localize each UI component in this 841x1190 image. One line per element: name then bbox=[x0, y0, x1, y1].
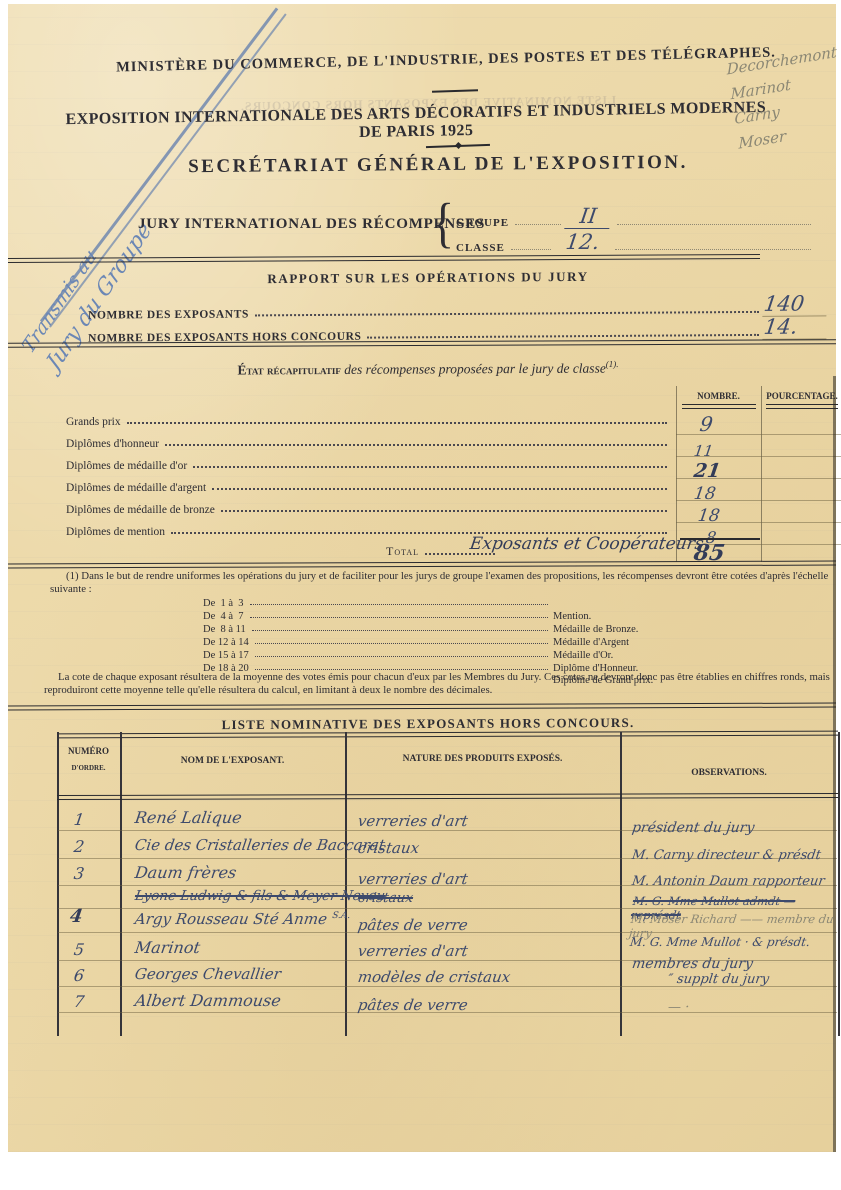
exposant-nature: cristaux bbox=[357, 839, 421, 857]
scale-range: De 15 à 17 bbox=[203, 650, 249, 661]
secretariat-title: SECRÉTARIAT GÉNÉRAL DE L'EXPOSITION. bbox=[118, 151, 758, 179]
col-header-underline bbox=[682, 404, 756, 409]
exposant-nature: modèles de cristaux bbox=[357, 968, 512, 986]
scale-label: Médaille d'Argent bbox=[553, 637, 681, 648]
etat-title-rest: des récompenses proposées par le jury de… bbox=[341, 361, 606, 377]
etat-row-label: Diplômes de médaille de bronze bbox=[66, 504, 215, 516]
etat-row: Grands prix bbox=[66, 416, 672, 428]
etat-title-ref: (1). bbox=[606, 359, 619, 369]
rapport-title: RAPPORT SUR LES OPÉRATIONS DU JURY bbox=[108, 268, 748, 288]
etat-row-label: Grands prix bbox=[66, 416, 121, 428]
exposant-nom: Argy Rousseau Sté Anme S.A. bbox=[134, 910, 351, 928]
scale-range: De 4 à 7 bbox=[203, 611, 244, 622]
table-border-left bbox=[57, 732, 59, 1036]
exposant-nature: pâtes de verre bbox=[357, 996, 469, 1014]
total-note: Exposants et Coopérateurs. bbox=[469, 534, 711, 554]
scale-row: De 4 à 7Mention. bbox=[203, 611, 681, 622]
rapport-row-value: 14. bbox=[762, 314, 829, 339]
scale-row: De 8 à 11Médaille de Bronze. bbox=[203, 624, 681, 635]
col-header-numero-sub: D'ORDRE. bbox=[57, 764, 120, 772]
exposant-nom: René Lalique bbox=[134, 808, 243, 827]
exposant-num: 7 bbox=[73, 992, 86, 1011]
count-grands-prix: 9 bbox=[698, 412, 714, 436]
exposant-nature: verreries d'art bbox=[357, 942, 469, 960]
col-header-nom: NOM DE L'EXPOSANT. bbox=[120, 756, 345, 766]
etat-row: Diplômes de médaille d'or bbox=[66, 460, 672, 472]
exposant-obs: ″ supplt du jury bbox=[667, 972, 770, 987]
col-header-underline bbox=[766, 404, 838, 409]
exposant-nom: Albert Dammouse bbox=[134, 991, 283, 1010]
exposant-nom: Cie des Cristalleries de Baccarat bbox=[134, 836, 386, 854]
section-rule bbox=[8, 561, 836, 568]
exposant-nom-text: Argy Rousseau Sté Anme bbox=[134, 910, 329, 928]
header-bottom-rule bbox=[57, 793, 838, 800]
table-column-line bbox=[345, 732, 347, 1036]
scale-row: De 15 à 17Médaille d'Or. bbox=[203, 650, 681, 661]
scale-range: De 1 à 3 bbox=[203, 598, 244, 609]
etat-row: Diplômes de médaille de bronze bbox=[66, 504, 672, 516]
page-edge-shadow bbox=[833, 376, 836, 1152]
divider-diamond bbox=[426, 144, 490, 149]
etat-row-label: Diplômes de mention bbox=[66, 526, 165, 538]
table-column-line bbox=[761, 386, 762, 562]
footnote-intro: (1) Dans le but de rendre uniformes les … bbox=[50, 570, 830, 596]
exposant-num: 1 bbox=[73, 810, 86, 829]
exposant-nom: Georges Chevallier bbox=[134, 965, 282, 983]
count-diplomes-honneur: 11 bbox=[693, 442, 715, 460]
scale-range: De 8 à 11 bbox=[203, 624, 246, 635]
classe-label: CLASSE bbox=[456, 242, 505, 254]
classe-row: CLASSE 12. bbox=[456, 230, 816, 254]
margin-name-list: Decorchemont Marinot Carny Moser bbox=[725, 40, 841, 157]
exposant-num: 6 bbox=[73, 966, 86, 985]
scanned-document: LISTE NOMINATIVE DES EXPOSANTS HORS CONC… bbox=[0, 0, 841, 1190]
table-column-line bbox=[120, 732, 122, 1036]
divider bbox=[432, 89, 478, 92]
col-header-observations: OBSERVATIONS. bbox=[620, 768, 838, 778]
exposant-nom-struck: Lyone Ludwig & fils & Meyer Neveu bbox=[134, 888, 386, 904]
ministry-title: MINISTÈRE DU COMMERCE, DE L'INDUSTRIE, D… bbox=[116, 45, 776, 77]
exposant-obs: M. Antonin Daum rapporteur bbox=[631, 874, 826, 889]
exposant-nature: verreries d'art bbox=[357, 812, 469, 830]
exposant-obs: M. Carny directeur & présdt bbox=[631, 848, 822, 863]
scale-range: De 12 à 14 bbox=[203, 637, 249, 648]
exposant-nom: Daum frères bbox=[134, 863, 238, 882]
table-border-right bbox=[838, 732, 840, 1036]
exposant-obs: — · bbox=[667, 1000, 690, 1015]
groupe-label: GROUPE bbox=[456, 217, 509, 229]
exposant-num: 3 bbox=[73, 864, 86, 883]
exposant-num: 2 bbox=[73, 837, 86, 856]
rapport-row-value: 140 bbox=[762, 291, 829, 316]
exposant-obs: membres du jury bbox=[631, 956, 754, 972]
scale-label: Médaille d'Or. bbox=[553, 650, 681, 661]
groupe-value: II bbox=[564, 204, 612, 229]
scale-label: Mention. bbox=[553, 611, 681, 622]
scale-label: Médaille de Bronze. bbox=[553, 624, 681, 635]
etat-title: État récapitulatif des récompenses propo… bbox=[88, 358, 768, 379]
brace: { bbox=[432, 191, 454, 255]
footnote-outro: La cote de chaque exposant résultera de … bbox=[44, 671, 832, 697]
etat-row: Diplômes d'honneur bbox=[66, 438, 672, 450]
section-rule bbox=[8, 703, 836, 710]
exposant-nature: verreries d'art bbox=[357, 870, 469, 888]
col-header-nature: NATURE DES PRODUITS EXPOSÉS. bbox=[345, 754, 620, 764]
count-medaille-or: 21 bbox=[692, 460, 722, 482]
exposant-num: 4 bbox=[69, 906, 84, 927]
exposant-num: 5 bbox=[73, 940, 86, 959]
count-medaille-bronze: 18 bbox=[697, 506, 721, 526]
scale-row: De 1 à 3 bbox=[203, 598, 681, 609]
col-header-pourcentage: POURCENTAGE. bbox=[761, 391, 841, 401]
col-header-nombre: NOMBRE. bbox=[676, 391, 761, 401]
exposant-obs2: M. G. Mme Mullot · & présdt. bbox=[629, 935, 811, 949]
etat-row: Diplômes de médaille d'argent bbox=[66, 482, 672, 494]
paper-sheet: LISTE NOMINATIVE DES EXPOSANTS HORS CONC… bbox=[8, 4, 836, 1152]
col-header-numero: NUMÉRO bbox=[57, 746, 120, 756]
scale-row: De 12 à 14Médaille d'Argent bbox=[203, 637, 681, 648]
exposant-nature: pâtes de verre bbox=[357, 916, 469, 934]
etat-row-label: Diplômes de médaille d'argent bbox=[66, 482, 206, 494]
exposant-nature-struck: cristaux bbox=[357, 890, 414, 906]
exposant-obs: président du jury bbox=[631, 820, 756, 836]
groupe-row: GROUPE II bbox=[456, 204, 816, 229]
classe-value: 12. bbox=[554, 230, 611, 254]
etat-row-label: Diplômes d'honneur bbox=[66, 438, 159, 450]
exposant-nom-sup: S.A. bbox=[332, 911, 351, 921]
total-label: Total bbox=[386, 544, 419, 559]
etat-row-label: Diplômes de médaille d'or bbox=[66, 460, 187, 472]
etat-title-lead: État récapitulatif bbox=[237, 362, 340, 378]
exposant-nom: Marinot bbox=[134, 938, 202, 957]
count-medaille-argent: 18 bbox=[693, 484, 717, 504]
